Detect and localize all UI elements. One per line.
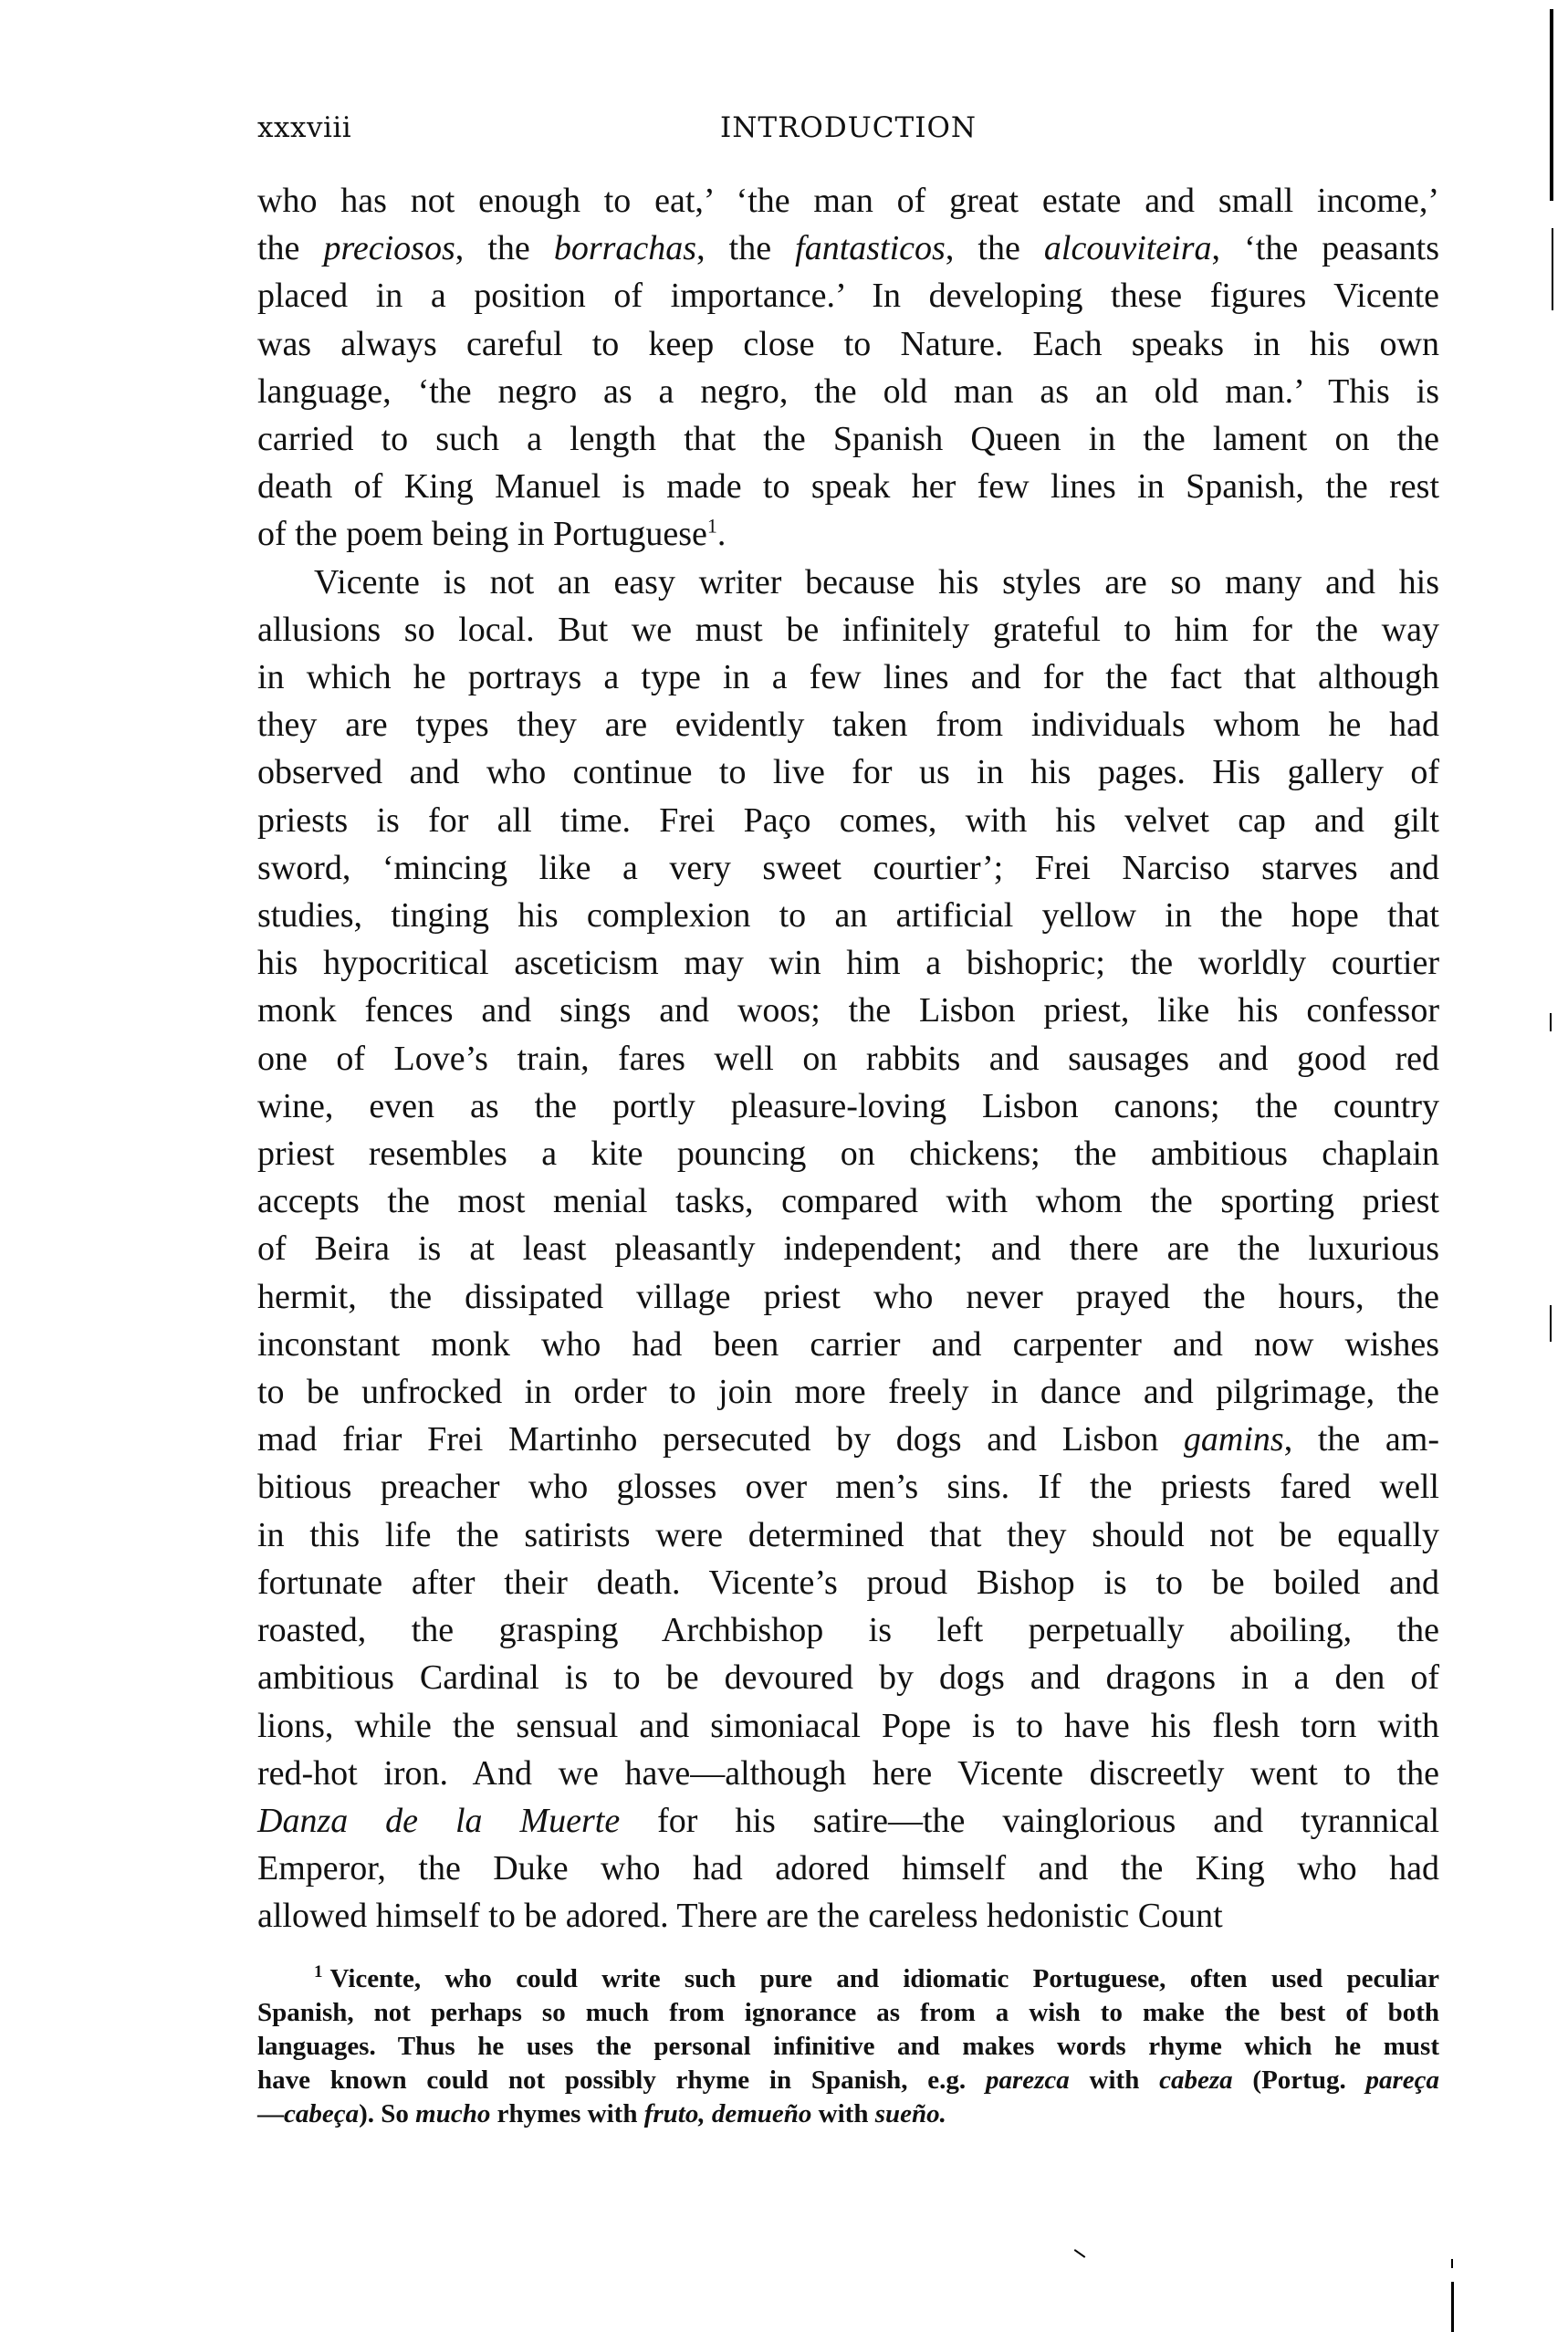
text-line: lions, while the sensual and simoniacal … [257, 1702, 1439, 1750]
text-line: allowed himself to be adored. There are … [257, 1892, 1439, 1940]
text-line: studies, tinging his complexion to an ar… [257, 892, 1439, 939]
scan-speck [1074, 2249, 1086, 2258]
text-line: they are types they are evidently taken … [257, 701, 1439, 748]
footnote: 1Vicente, who could write such pure and … [257, 1962, 1439, 2131]
text-line: hermit, the dissipated village priest wh… [257, 1273, 1439, 1321]
text-line: mad friar Frei Martinho persecuted by do… [257, 1416, 1439, 1463]
text-line: bitious preacher who glosses over men’s … [257, 1463, 1439, 1511]
text-line: one of Love’s train, fares well on rabbi… [257, 1035, 1439, 1082]
italic-term: gamins [1184, 1420, 1284, 1459]
text-line: Emperor, the Duke who had adored himself… [257, 1845, 1439, 1892]
italic-term: cabeza [1159, 2065, 1233, 2095]
text-line: of the poem being in Portuguese1. [257, 510, 1439, 558]
text-line: wine, even as the portly pleasure-loving… [257, 1082, 1439, 1130]
text-line: who has not enough to eat,’ ‘the man of … [257, 177, 1439, 225]
scan-speck [1550, 1305, 1552, 1342]
italic-term: mucho [415, 2099, 490, 2128]
italic-term: cabeça [284, 2099, 359, 2128]
italic-term: parezca [986, 2065, 1070, 2095]
text-line: inconstant monk who had been carrier and… [257, 1321, 1439, 1368]
italic-term: borrachas [554, 229, 696, 267]
chapter-title: INTRODUCTION [257, 111, 1439, 144]
body-text: who has not enough to eat,’ ‘the man of … [257, 177, 1439, 1940]
footnote-marker: 1 [314, 1962, 323, 1982]
footnote-reference[interactable]: 1 [707, 515, 717, 538]
running-head: xxxviii INTRODUCTION [257, 111, 1439, 155]
text-line: languages. Thus he uses the personal inf… [257, 2030, 1439, 2064]
text-line: ambitious Cardinal is to be devoured by … [257, 1654, 1439, 1701]
text-line: language, ‘the negro as a negro, the old… [257, 368, 1439, 415]
italic-term: preciosos [324, 229, 455, 267]
text-line: priest resembles a kite pouncing on chic… [257, 1130, 1439, 1177]
scan-speck [1451, 2259, 1453, 2268]
text-line: the preciosos, the borrachas, the fantas… [257, 225, 1439, 272]
text-line: monk fences and sings and woos; the Lisb… [257, 987, 1439, 1034]
italic-term: sueño. [875, 2099, 946, 2128]
italic-term: fruto, demueño [644, 2099, 812, 2128]
scan-speck [1550, 1013, 1552, 1031]
text-line: Spanish, not perhaps so much from ignora… [257, 1996, 1439, 2030]
paragraph-1: who has not enough to eat,’ ‘the man of … [257, 177, 1439, 559]
text-line: in which he portrays a type in a few lin… [257, 654, 1439, 701]
scan-edge-mark [1550, 9, 1553, 201]
paragraph-2: Vicente is not an easy writer because hi… [257, 559, 1439, 1940]
text-line: placed in a position of importance.’ In … [257, 272, 1439, 319]
scan-speck [1451, 2282, 1454, 2332]
text-line: death of King Manuel is made to speak he… [257, 463, 1439, 510]
text-line: observed and who continue to live for us… [257, 748, 1439, 796]
text-line: —cabeça). So mucho rhymes with fruto, de… [257, 2097, 1439, 2131]
footnote-1: 1Vicente, who could write such pure and … [257, 1962, 1439, 2131]
text-line: 1Vicente, who could write such pure and … [257, 1962, 1439, 1996]
italic-term: Danza de la Muerte [257, 1802, 620, 1840]
text-line: fortunate after their death. Vicente’s p… [257, 1559, 1439, 1606]
text-line: of Beira is at least pleasantly independ… [257, 1225, 1439, 1272]
text-line: have known could not possibly rhyme in S… [257, 2064, 1439, 2097]
text-line: sword, ‘mincing like a very sweet courti… [257, 844, 1439, 892]
scan-speck [1552, 228, 1553, 310]
book-page: xxxviii INTRODUCTION who has not enough … [0, 0, 1568, 2332]
italic-term: pareça [1365, 2065, 1439, 2095]
text-line: accepts the most menial tasks, compared … [257, 1177, 1439, 1225]
text-line: in this life the satirists were determin… [257, 1511, 1439, 1559]
text-line: allusions so local. But we must be infin… [257, 606, 1439, 654]
text-line: his hypocritical asceticism may win him … [257, 939, 1439, 987]
italic-term: alcouviteira [1044, 229, 1212, 267]
text-line: priests is for all time. Frei Paço comes… [257, 797, 1439, 844]
text-line: was always careful to keep close to Natu… [257, 320, 1439, 368]
text-line: to be unfrocked in order to join more fr… [257, 1368, 1439, 1416]
text-line: Vicente is not an easy writer because hi… [257, 559, 1439, 606]
text-line: red-hot iron. And we have—although here … [257, 1750, 1439, 1797]
text-line: Danza de la Muerte for his satire—the va… [257, 1797, 1439, 1845]
text-line: roasted, the grasping Archbishop is left… [257, 1606, 1439, 1654]
italic-term: fantasticos [795, 229, 946, 267]
text-line: carried to such a length that the Spanis… [257, 415, 1439, 463]
